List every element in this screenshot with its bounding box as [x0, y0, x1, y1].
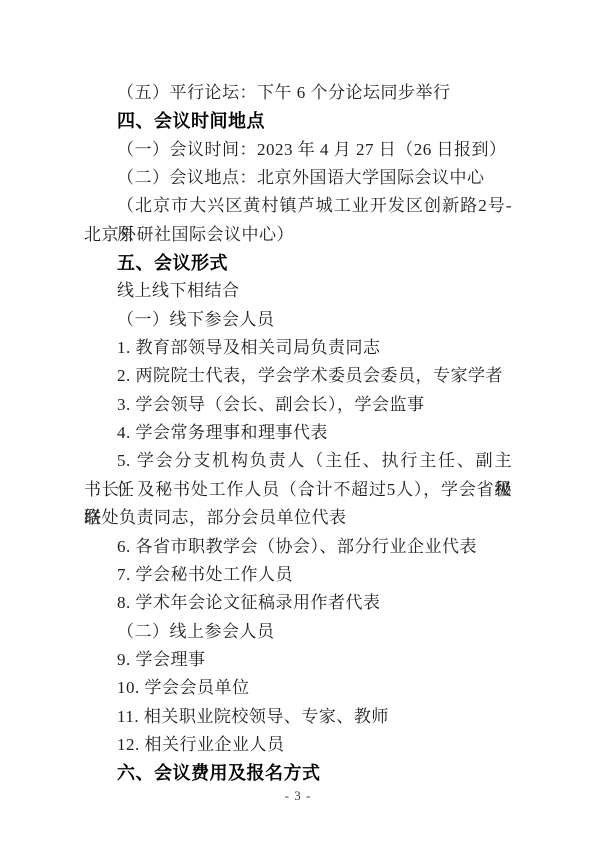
document-line: 9. 学会理事: [84, 646, 512, 674]
document-line: 4. 学会常务理事和理事代表: [84, 419, 512, 447]
section-heading: 六、会议费用及报名方式: [84, 759, 512, 787]
document-line: 3. 学会领导（会长、副会长），学会监事: [84, 391, 512, 419]
document-line: 11. 相关职业院校领导、专家、教师: [84, 703, 512, 731]
document-line: 2. 两院院士代表，学会学术委员会委员，专家学者: [84, 362, 512, 390]
document-line: 10. 学会会员单位: [84, 674, 512, 702]
document-line: （一）线下参会人员: [84, 306, 512, 334]
document-line: 5. 学会分支机构负责人（主任、执行主任、副主任、秘: [84, 447, 512, 475]
document-line: 络处负责同志，部分会员单位代表: [84, 504, 512, 532]
document-page: （五）平行论坛：下午 6 个分论坛同步举行四、会议时间地点（一）会议时间：202…: [0, 0, 600, 848]
document-line: 书长）及秘书处工作人员（合计不超过5人），学会省级联: [84, 476, 512, 504]
document-line: 6. 各省市职教学会（协会）、部分行业企业代表: [84, 533, 512, 561]
document-line: 12. 相关行业企业人员: [84, 731, 512, 759]
page-number: - 3 -: [84, 786, 512, 806]
document-line: （二）会议地点：北京外国语大学国际会议中心: [84, 164, 512, 192]
document-line: 北京外研社国际会议中心）: [84, 221, 512, 249]
document-line: （二）线上参会人员: [84, 618, 512, 646]
section-heading: 四、会议时间地点: [84, 107, 512, 135]
document-line: （一）会议时间：2023 年 4 月 27 日（26 日报到）: [84, 136, 512, 164]
document-line: 线上线下相结合: [84, 277, 512, 305]
document-body: （五）平行论坛：下午 6 个分论坛同步举行四、会议时间地点（一）会议时间：202…: [84, 79, 512, 788]
document-line: 1. 教育部领导及相关司局负责同志: [84, 334, 512, 362]
document-line: （北京市大兴区黄村镇芦城工业开发区创新路2号-原: [84, 192, 512, 220]
section-heading: 五、会议形式: [84, 249, 512, 277]
document-line: （五）平行论坛：下午 6 个分论坛同步举行: [84, 79, 512, 107]
document-line: 7. 学会秘书处工作人员: [84, 561, 512, 589]
document-line: 8. 学术年会论文征稿录用作者代表: [84, 589, 512, 617]
